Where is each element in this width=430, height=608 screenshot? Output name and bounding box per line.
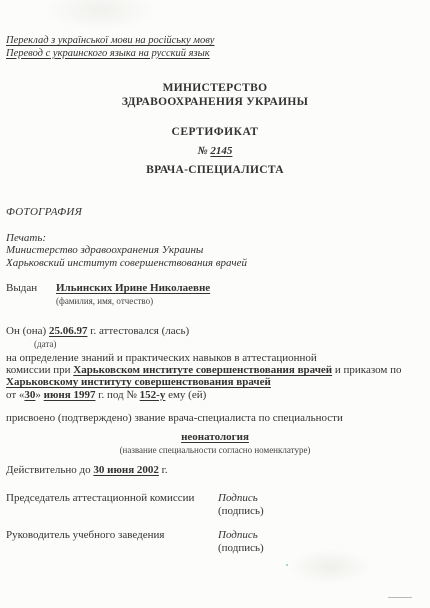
commission-line-2-pre: комиссии при bbox=[6, 364, 73, 376]
commission-line-2: комиссии при Харьковском институте совер… bbox=[6, 364, 402, 376]
validity-date: 30 июня 2002 bbox=[93, 464, 159, 476]
certificate-subtitle: ВРАЧА-СПЕЦИАЛИСТА bbox=[0, 164, 430, 177]
order-day: 30 bbox=[24, 389, 35, 401]
order-post: ему (ей) bbox=[165, 389, 206, 401]
signature-role-director: Руководитель учебного заведения bbox=[6, 529, 218, 555]
seal-label: Печать: bbox=[6, 232, 247, 244]
signature-caption-chairman: (подпись) bbox=[218, 505, 264, 518]
commission-line-3: Харьковскому институту совершенствования… bbox=[6, 376, 402, 388]
issued-line: ВыданИльинских Ирине Николаевне bbox=[6, 282, 210, 295]
issued-label: Выдан bbox=[6, 282, 56, 295]
holder-name: Ильинских Ирине Николаевне bbox=[56, 282, 210, 294]
attested-post: г. аттестовался (лась) bbox=[87, 325, 189, 337]
certificate-title: СЕРТИФИКАТ bbox=[0, 126, 430, 139]
document-page: Переклад з української мови на російську… bbox=[0, 0, 430, 608]
specialty-name: неонатология bbox=[0, 431, 430, 444]
scan-artifact-dot bbox=[286, 564, 288, 566]
translation-note-russian: Перевод с украинского языка на русский я… bbox=[6, 48, 214, 61]
certificate-number-value: 2145 bbox=[210, 145, 232, 157]
commission-line-4: от «30» июня 1997 г. под № 152-у ему (ей… bbox=[6, 389, 402, 401]
photo-label: ФОТОГРАФИЯ bbox=[6, 206, 82, 219]
attested-pre: Он (она) bbox=[6, 325, 49, 337]
seal-line-2: Харьковский институт совершенствования в… bbox=[6, 257, 247, 269]
attestation-date-line: Он (она) 25.06.97 г. аттестовался (лась) bbox=[6, 325, 189, 338]
ministry-line-2: ЗДРАВООХРАНЕНИЯ УКРАИНЫ bbox=[0, 96, 430, 110]
validity-post: г. bbox=[159, 464, 168, 476]
certificate-number-prefix: № bbox=[198, 145, 211, 157]
order-sep: » bbox=[35, 389, 43, 401]
order-pre: от « bbox=[6, 389, 24, 401]
seal-block: Печать: Министерство здравоохранения Укр… bbox=[6, 232, 247, 269]
institute-name-1: Харьковском институте совершенствования … bbox=[73, 364, 332, 376]
scan-artifact-line bbox=[388, 597, 412, 598]
commission-line-2-post: и приказом по bbox=[332, 364, 401, 376]
signature-caption-director: (подпись) bbox=[218, 542, 264, 555]
seal-line-1: Министерство здравоохранения Украины bbox=[6, 244, 247, 256]
commission-line-1: на определение знаний и практических нав… bbox=[6, 352, 402, 364]
institute-name-2: Харьковскому институту совершенствования… bbox=[6, 376, 271, 388]
attestation-date: 25.06.97 bbox=[49, 325, 88, 337]
signature-text-chairman: Подпись bbox=[218, 492, 264, 505]
ministry-line-1: МИНИСТЕРСТВО bbox=[0, 82, 430, 96]
attestation-date-caption: (дата) bbox=[34, 339, 189, 350]
signature-block-director: Подпись (подпись) bbox=[218, 529, 264, 555]
attestation-date-block: Он (она) 25.06.97 г. аттестовался (лась)… bbox=[6, 325, 189, 350]
issued-block: ВыданИльинских Ирине Николаевне (фамилия… bbox=[6, 282, 210, 307]
signature-role-chairman: Председатель аттестационной комиссии bbox=[6, 492, 218, 518]
certificate-number: № 2145 bbox=[0, 145, 430, 158]
holder-name-caption: (фамилия, имя, отчество) bbox=[56, 296, 210, 307]
order-mid: г. под № bbox=[95, 389, 139, 401]
order-month-year: июня 1997 bbox=[44, 389, 96, 401]
translation-note-ukrainian: Переклад з української мови на російську… bbox=[6, 35, 214, 48]
award-line: присвоено (подтверждено) звание врача-сп… bbox=[6, 412, 343, 425]
signature-block-chairman: Подпись (подпись) bbox=[218, 492, 264, 518]
signature-text-director: Подпись bbox=[218, 529, 264, 542]
translation-notes: Переклад з української мови на російську… bbox=[6, 35, 214, 60]
specialty-caption: (название специальности согласно номенкл… bbox=[0, 445, 430, 456]
specialty-block: неонатология (название специальности сог… bbox=[0, 431, 430, 456]
signature-row-chairman: Председатель аттестационной комиссии Под… bbox=[6, 492, 424, 518]
signature-row-director: Руководитель учебного заведения Подпись … bbox=[6, 529, 424, 555]
commission-paragraph: на определение знаний и практических нав… bbox=[6, 352, 402, 401]
order-number: 152-у bbox=[140, 389, 166, 401]
ministry-name: МИНИСТЕРСТВО ЗДРАВООХРАНЕНИЯ УКРАИНЫ bbox=[0, 82, 430, 109]
validity-pre: Действительно до bbox=[6, 464, 93, 476]
validity-line: Действительно до 30 июня 2002 г. bbox=[6, 464, 168, 477]
